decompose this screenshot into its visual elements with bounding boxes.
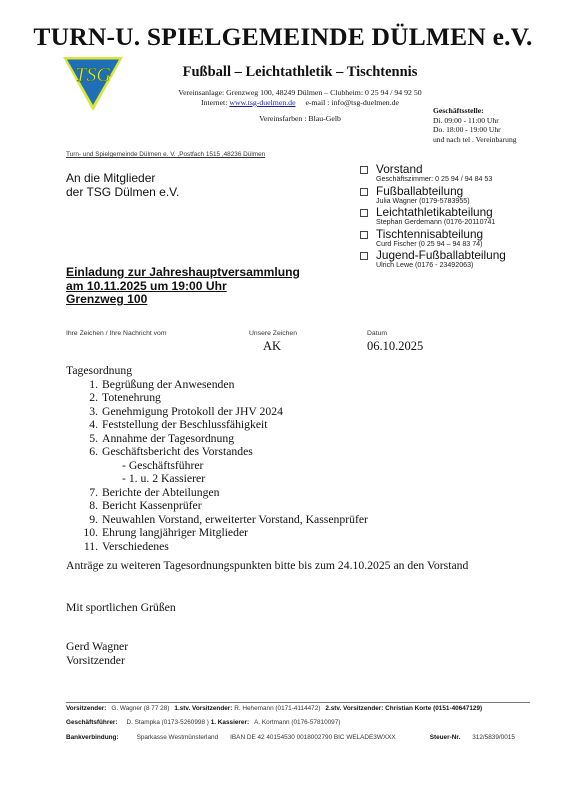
sender-return-address: Turn- und Spielgemeinde Dülmen e. V. ,Po… — [66, 151, 265, 158]
agenda: Tagesordnung 1.Begrüßung der Anwesenden2… — [66, 364, 368, 553]
checkbox-icon[interactable] — [360, 188, 368, 196]
agenda-item-text: Genehmigung Protokoll der JHV 2024 — [102, 405, 283, 418]
agenda-item: 11.Verschiedenes — [66, 540, 368, 554]
agenda-item-text: Neuwahlen Vorstand, erweiterter Vorstand… — [102, 513, 368, 526]
department-fussball: Fußballabteilung Julia Wagner (0179-5783… — [358, 185, 506, 207]
footer-officers-row: Geschäftsführer:D. Stampka (0173-5260998… — [66, 719, 340, 726]
agenda-item: 9.Neuwahlen Vorstand, erweiterter Vorsta… — [66, 513, 368, 527]
footer-divider — [66, 702, 530, 703]
signer-role: Vorsitzender — [66, 654, 128, 668]
agenda-item: 4.Feststellung der Beschlussfähigkeit — [66, 418, 368, 432]
facility-address: Vereinsanlage: Grenzweg 100, 48249 Dülme… — [150, 88, 450, 97]
agenda-item-text: Begrüßung der Anwesenden — [102, 378, 234, 391]
agenda-subitem: - 1. u. 2 Kassierer — [66, 472, 368, 486]
agenda-item-text: Geschäftsbericht des Vorstandes — [102, 445, 253, 458]
tsg-triangle-logo-icon: TSG — [62, 56, 124, 112]
office-hours-line: Do. 18:00 - 19:00 Uhr — [433, 125, 517, 135]
agenda-item-number: 5. — [66, 432, 98, 446]
signer-name: Gerd Wagner — [66, 640, 128, 654]
agenda-subitem: - Geschäftsführer — [66, 459, 368, 473]
ref-unsere-label: Unsere Zeichen — [249, 330, 297, 337]
agenda-item-text: Totenehrung — [102, 391, 161, 404]
agenda-item-number: 4. — [66, 418, 98, 432]
agenda-item-text: Feststellung der Beschlussfähigkeit — [102, 418, 268, 431]
recipient-address: An die Mitglieder der TSG Dülmen e.V. — [66, 171, 179, 199]
footer-board-row: Vorsitzender:G. Wagner (8 77 28)1.stv. V… — [66, 705, 482, 712]
agenda-item: 3.Genehmigung Protokoll der JHV 2024 — [66, 405, 368, 419]
office-hours-line: Di. 09:00 - 11:00 Uhr — [433, 116, 517, 126]
sports-subtitle: Fußball – Leichtathletik – Tischtennis — [150, 64, 450, 81]
agenda-item: 1.Begrüßung der Anwesenden — [66, 378, 368, 392]
agenda-item-number: 6. — [66, 445, 98, 459]
ref-ihre-label: Ihre Zeichen / Ihre Nachricht vom — [66, 330, 166, 337]
agenda-item-number: 1. — [66, 378, 98, 392]
recipient-line: der TSG Dülmen e.V. — [66, 185, 179, 199]
club-colors: Vereinsfarben : Blau-Gelb — [150, 114, 450, 123]
agenda-item-text: Bericht Kassenprüfer — [102, 499, 202, 512]
office-title: Geschäftsstelle: — [433, 106, 517, 116]
office-hours: Geschäftsstelle: Di. 09:00 - 11:00 Uhr D… — [433, 106, 517, 144]
checkbox-icon[interactable] — [360, 252, 368, 260]
contact-line: Internet: www.tsg-duelmen.de e-mail : in… — [150, 98, 450, 107]
department-vorstand: Vorstand Geschäftszimmer: 0 25 94 / 94 8… — [358, 163, 506, 185]
agenda-item-number: 11. — [66, 540, 98, 554]
agenda-item-number: 8. — [66, 499, 98, 513]
agenda-item: 8.Bericht Kassenprüfer — [66, 499, 368, 513]
agenda-item: 5.Annahme der Tagesordnung — [66, 432, 368, 446]
agenda-item-text: Verschiedenes — [102, 540, 169, 553]
agenda-item: 2.Totenehrung — [66, 391, 368, 405]
agenda-item-text: Ehrung langjähriger Mitglieder — [102, 526, 248, 539]
agenda-title: Tagesordnung — [66, 364, 368, 378]
office-hours-line: und nach tel . Vereinbarung — [433, 135, 517, 145]
agenda-item: 10.Ehrung langjähriger Mitglieder — [66, 526, 368, 540]
agenda-item-number: 3. — [66, 405, 98, 419]
invitation-heading: Einladung zur Jahreshauptversammlung am … — [66, 266, 300, 307]
agenda-item-text: Annahme der Tagesordnung — [102, 432, 234, 445]
department-checklist: Vorstand Geschäftszimmer: 0 25 94 / 94 8… — [358, 163, 506, 271]
agenda-list: 1.Begrüßung der Anwesenden2.Totenehrung3… — [66, 378, 368, 554]
checkbox-icon[interactable] — [360, 231, 368, 239]
agenda-item-number: 7. — [66, 486, 98, 500]
agenda-item-number: 10. — [66, 526, 98, 540]
checkbox-icon[interactable] — [360, 209, 368, 217]
agenda-item: 7.Berichte der Abteilungen — [66, 486, 368, 500]
recipient-line: An die Mitglieder — [66, 171, 179, 185]
department-jugend-fussball: Jugend-Fußballabteilung Ulrich Lewe (017… — [358, 249, 506, 271]
motions-deadline: Anträge zu weiteren Tagesordnungspunkten… — [66, 559, 468, 572]
closing-greeting: Mit sportlichen Grüßen — [66, 601, 176, 614]
email-text: e-mail : info@tsg-duelmen.de — [305, 98, 399, 107]
club-name-heading: TURN-U. SPIELGEMEINDE DÜLMEN e.V. — [0, 22, 566, 52]
internet-label: Internet: — [201, 98, 227, 107]
ref-unsere-value: AK — [263, 339, 281, 354]
website-link[interactable]: www.tsg-duelmen.de — [229, 98, 295, 107]
tsg-logo: TSG — [62, 56, 124, 112]
svg-text:TSG: TSG — [75, 64, 111, 86]
ref-datum-value: 06.10.2025 — [367, 339, 423, 354]
department-leichtathletik: Leichtathletikabteilung Stephan Gerdeman… — [358, 206, 506, 228]
footer-bank-row: Bankverbindung:Sparkasse Westmünsterland… — [66, 734, 515, 741]
ref-datum-label: Datum — [367, 330, 387, 337]
agenda-item-number: 2. — [66, 391, 98, 405]
agenda-item-number: 9. — [66, 513, 98, 527]
signature-block: Gerd Wagner Vorsitzender — [66, 640, 128, 667]
agenda-item: 6.Geschäftsbericht des Vorstandes — [66, 445, 368, 459]
department-tischtennis: Tischtennisabteilung Curd Fischer (0 25 … — [358, 228, 506, 250]
checkbox-icon[interactable] — [360, 166, 368, 174]
agenda-item-text: Berichte der Abteilungen — [102, 486, 220, 499]
